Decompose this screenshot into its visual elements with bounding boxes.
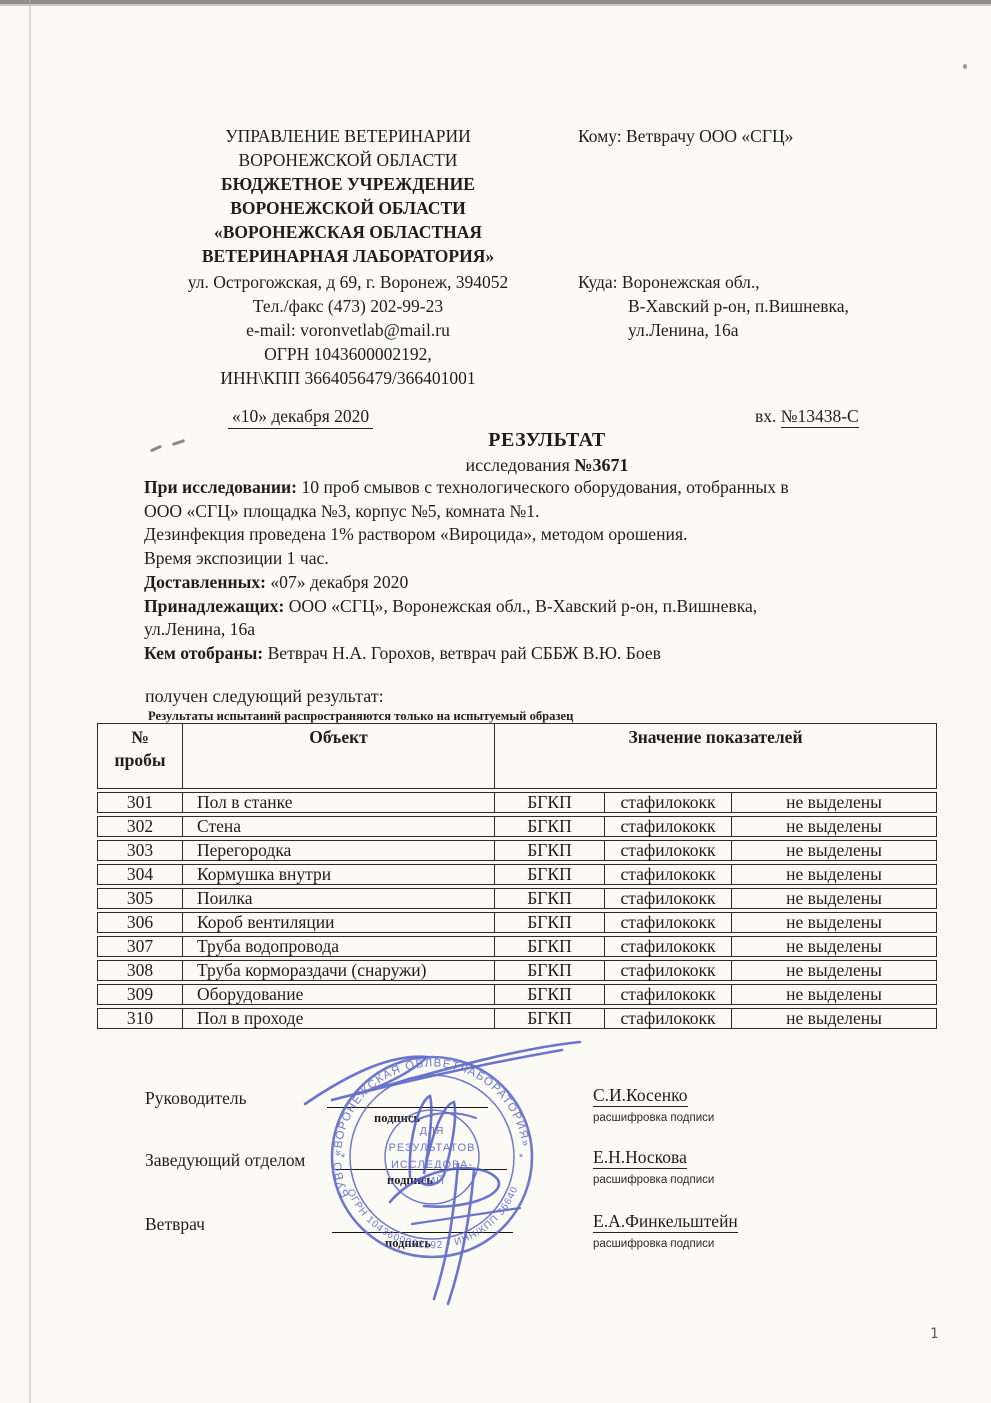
- cell-sample-id: 308: [97, 960, 183, 981]
- table-row: 301Пол в станкеБГКПстафилококкне выделен…: [97, 792, 937, 813]
- cell-result: не выделены: [732, 792, 937, 813]
- body-line-text: ул.Ленина, 16а: [144, 619, 255, 639]
- signature-name: Е.А.Финкельштейн: [593, 1211, 738, 1232]
- official-stamp: БУВО «ВОРОНЕЖСКАЯ ОБЛВЕТЛАБОРАТОРИЯ» ОГР…: [262, 1012, 622, 1332]
- cell-result: не выделены: [732, 960, 937, 981]
- recipient-where: ул.Ленина, 16а: [628, 320, 739, 341]
- cell-object: Короб вентиляции: [183, 912, 495, 933]
- contact-line: ОГРН 1043600002192,: [118, 342, 578, 366]
- cell-indicator-1: БГКП: [495, 864, 605, 885]
- signature-caption: подпись: [347, 1111, 447, 1126]
- table-row: 302СтенаБГКПстафилококкне выделены: [97, 816, 937, 837]
- subtitle-number: №3671: [574, 455, 628, 475]
- body-line-text: Время экспозиции 1 час.: [144, 548, 329, 568]
- body-line: Кем отобраны: Ветврач Н.А. Горохов, ветв…: [144, 642, 934, 666]
- signature-stroke: [305, 1042, 580, 1104]
- signature-name: С.И.Косенко: [593, 1085, 688, 1106]
- cell-sample-id: 309: [97, 984, 183, 1005]
- cell-result: не выделены: [732, 816, 937, 837]
- body-line: ул.Ленина, 16а: [144, 618, 934, 642]
- cell-indicator-2: стафилококк: [605, 984, 732, 1005]
- body-line-text: ООО «СГЦ», Воронежская обл., В-Хавский р…: [284, 596, 757, 616]
- body-line-text: Ветврач Н.А. Горохов, ветврач рай СББЖ В…: [263, 643, 661, 663]
- cell-result: не выделены: [732, 912, 937, 933]
- header-object: Объект: [183, 723, 495, 789]
- cell-indicator-2: стафилококк: [605, 936, 732, 957]
- table-row: 305ПоилкаБГКПстафилококкне выделены: [97, 888, 937, 909]
- cell-sample-id: 307: [97, 936, 183, 957]
- cell-indicator-1: БГКП: [495, 816, 605, 837]
- cell-result: не выделены: [732, 864, 937, 885]
- contact-line: ИНН\КПП 3664056479/366401001: [118, 366, 578, 390]
- cell-object: Труба водопровода: [183, 936, 495, 957]
- cell-object: Пол в станке: [183, 792, 495, 813]
- signature-name: Е.Н.Носкова: [593, 1147, 687, 1168]
- cell-object: Пол в проходе: [183, 1008, 495, 1029]
- signature-line: [327, 1107, 488, 1108]
- header-indicator-values: Значение показателей: [495, 723, 937, 789]
- body-line: Дезинфекция проведена 1% раствором «Виро…: [144, 523, 934, 547]
- body-line-label: Принадлежащих:: [144, 596, 284, 616]
- body-line-text: «07» декабря 2020: [266, 572, 408, 592]
- cell-indicator-2: стафилококк: [605, 912, 732, 933]
- table-row: 307Труба водопроводаБГКПстафилококкне вы…: [97, 936, 937, 957]
- org-line: УПРАВЛЕНИЕ ВЕТЕРИНАРИИ: [118, 124, 578, 148]
- table-row: 306Короб вентиляцииБГКПстафилококкне выд…: [97, 912, 937, 933]
- cell-result: не выделены: [732, 984, 937, 1005]
- signature-name-text: С.И.Косенко: [593, 1085, 688, 1107]
- recipient-to: Кому: Ветврачу ООО «СГЦ»: [578, 126, 793, 147]
- stamp-rings: [332, 1057, 532, 1257]
- document-date: «10» декабря 2020: [228, 406, 373, 429]
- signature-line: [332, 1232, 513, 1233]
- cell-indicator-1: БГКП: [495, 936, 605, 957]
- cell-indicator-1: БГКП: [495, 960, 605, 981]
- header-sample-number: №пробы: [97, 723, 183, 789]
- scan-edge-left: [29, 0, 31, 1403]
- cell-object: Поилка: [183, 888, 495, 909]
- cell-sample-id: 303: [97, 840, 183, 861]
- body-line: Доставленных: «07» декабря 2020: [144, 571, 934, 595]
- table-row: 304Кормушка внутриБГКПстафилококкне выде…: [97, 864, 937, 885]
- cell-indicator-2: стафилококк: [605, 840, 732, 861]
- document-title: РЕЗУЛЬТАТ: [104, 429, 990, 452]
- subtitle-text: исследования: [466, 455, 575, 475]
- signature-stroke: [332, 1050, 562, 1100]
- org-line: ВЕТЕРИНАРНАЯ ЛАБОРАТОРИЯ»: [118, 244, 578, 268]
- signature-decode-caption: расшифровка подписи: [593, 1174, 714, 1186]
- incoming-number: вх. №13438-С: [755, 406, 859, 427]
- contact-line: e-mail: voronvetlab@mail.ru: [118, 318, 578, 342]
- cell-indicator-2: стафилококк: [605, 816, 732, 837]
- cell-sample-id: 302: [97, 816, 183, 837]
- cell-object: Кормушка внутри: [183, 864, 495, 885]
- signature-name-text: Е.Н.Носкова: [593, 1147, 687, 1169]
- stamp-center-line: ДЛЯ: [420, 1125, 445, 1137]
- table-header-row: №пробы Объект Значение показателей: [97, 723, 937, 789]
- body-line-label: При исследовании:: [144, 477, 297, 497]
- signature-role: Заведующий отделом: [145, 1150, 305, 1171]
- cell-indicator-2: стафилококк: [605, 888, 732, 909]
- signature-decode-caption: расшифровка подписи: [593, 1112, 714, 1124]
- body-line: Время экспозиции 1 час.: [144, 547, 934, 571]
- page-number: 1: [930, 1326, 938, 1342]
- cell-sample-id: 301: [97, 792, 183, 813]
- table-row: 303ПерегородкаБГКПстафилококкне выделены: [97, 840, 937, 861]
- cell-object: Стена: [183, 816, 495, 837]
- org-line: ВОРОНЕЖСКОЙ ОБЛАСТИ: [118, 148, 578, 172]
- document-subtitle: исследования №3671: [104, 455, 990, 476]
- recipient-where: Куда: Воронежская обл.,: [578, 272, 760, 293]
- cell-result: не выделены: [732, 936, 937, 957]
- signature-stroke: [410, 1096, 455, 1185]
- body-line-label: Кем отобраны:: [144, 643, 263, 663]
- signature-caption: подпись: [358, 1236, 458, 1251]
- body-line: ООО «СГЦ» площадка №3, корпус №5, комнат…: [144, 500, 934, 524]
- cell-indicator-1: БГКП: [495, 912, 605, 933]
- signature-role: Руководитель: [145, 1088, 247, 1109]
- scan-speck: [963, 64, 967, 69]
- contact-line: Тел./факс (473) 202-99-23: [118, 294, 578, 318]
- cell-result: не выделены: [732, 888, 937, 909]
- cell-indicator-2: стафилококк: [605, 864, 732, 885]
- org-line: ВОРОНЕЖСКОЙ ОБЛАСТИ: [118, 196, 578, 220]
- body-text: При исследовании: 10 проб смывов с техно…: [144, 476, 934, 666]
- cell-indicator-1: БГКП: [495, 1008, 605, 1029]
- signature-decode-caption: расшифровка подписи: [593, 1238, 714, 1250]
- stamp-ring-bottom-text: ОГРН 1043600002192 • ИНН/КПП 3664056479: [262, 1012, 521, 1251]
- cell-indicator-2: стафилококк: [605, 1008, 732, 1029]
- cell-object: Перегородка: [183, 840, 495, 861]
- org-line: «ВОРОНЕЖСКАЯ ОБЛАСТНАЯ: [118, 220, 578, 244]
- org-line: БЮДЖЕТНОЕ УЧРЕЖДЕНИЕ: [118, 172, 578, 196]
- cell-result: не выделены: [732, 840, 937, 861]
- body-line-text: ООО «СГЦ» площадка №3, корпус №5, комнат…: [144, 501, 539, 521]
- svg-text:*: *: [341, 1152, 346, 1164]
- signature-line: [335, 1169, 507, 1170]
- incoming-prefix: вх.: [755, 406, 781, 426]
- stamp-center-line: РЕЗУЛЬТАТОВ: [389, 1142, 476, 1154]
- table-row: 310Пол в проходеБГКПстафилококкне выделе…: [97, 1008, 937, 1029]
- signature-caption: подпись: [360, 1173, 460, 1188]
- table-row: 308Труба кормораздачи (снаружи)БГКПстафи…: [97, 960, 937, 981]
- signature-name-text: Е.А.Финкельштейн: [593, 1211, 738, 1233]
- recipient-where: В-Хавский р-он, п.Вишневка,: [628, 296, 849, 317]
- org-header: УПРАВЛЕНИЕ ВЕТЕРИНАРИИ ВОРОНЕЖСКОЙ ОБЛАС…: [118, 124, 578, 268]
- cell-indicator-2: стафилококк: [605, 792, 732, 813]
- cell-sample-id: 306: [97, 912, 183, 933]
- cell-indicator-1: БГКП: [495, 840, 605, 861]
- cell-indicator-1: БГКП: [495, 792, 605, 813]
- scan-edge-top: [0, 0, 991, 10]
- cell-object: Оборудование: [183, 984, 495, 1005]
- cell-indicator-2: стафилококк: [605, 960, 732, 981]
- body-line: При исследовании: 10 проб смывов с техно…: [144, 476, 934, 500]
- cell-sample-id: 310: [97, 1008, 183, 1029]
- cell-indicator-1: БГКП: [495, 888, 605, 909]
- signature-role: Ветврач: [145, 1214, 205, 1235]
- cell-indicator-1: БГКП: [495, 984, 605, 1005]
- result-intro: получен следующий результат:: [145, 686, 384, 707]
- org-contacts: ул. Острогожская, д 69, г. Воронеж, 3940…: [118, 270, 578, 390]
- incoming-number-value: №13438-С: [781, 406, 859, 428]
- cell-result: не выделены: [732, 1008, 937, 1029]
- body-line-text: Дезинфекция проведена 1% раствором «Виро…: [144, 524, 687, 544]
- document-page: УПРАВЛЕНИЕ ВЕТЕРИНАРИИ ВОРОНЕЖСКОЙ ОБЛАС…: [0, 0, 991, 1403]
- cell-sample-id: 304: [97, 864, 183, 885]
- body-line-label: Доставленных:: [144, 572, 266, 592]
- cell-object: Труба кормораздачи (снаружи): [183, 960, 495, 981]
- contact-line: ул. Острогожская, д 69, г. Воронеж, 3940…: [118, 270, 578, 294]
- signature-stroke: [412, 1208, 520, 1224]
- body-line: Принадлежащих: ООО «СГЦ», Воронежская об…: [144, 595, 934, 619]
- svg-text:*: *: [519, 1152, 524, 1164]
- cell-sample-id: 305: [97, 888, 183, 909]
- table-row: 309ОборудованиеБГКПстафилококкне выделен…: [97, 984, 937, 1005]
- body-line-text: 10 проб смывов с технологического оборуд…: [297, 477, 789, 497]
- results-table: №пробы Объект Значение показателей 301По…: [97, 720, 937, 1032]
